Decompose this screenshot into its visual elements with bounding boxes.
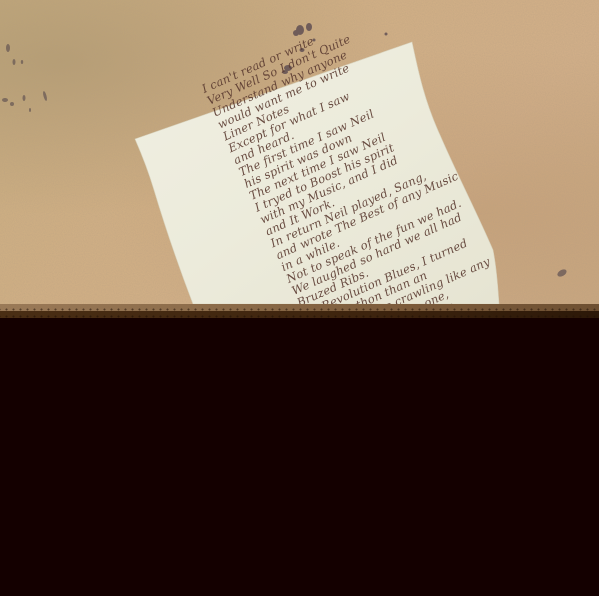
page: I can't read or write Very Well So I don… [0,0,599,596]
note-photo: I can't read or write Very Well So I don… [0,0,599,304]
empty-dark-panel [0,318,599,596]
separator-dither [0,304,599,318]
